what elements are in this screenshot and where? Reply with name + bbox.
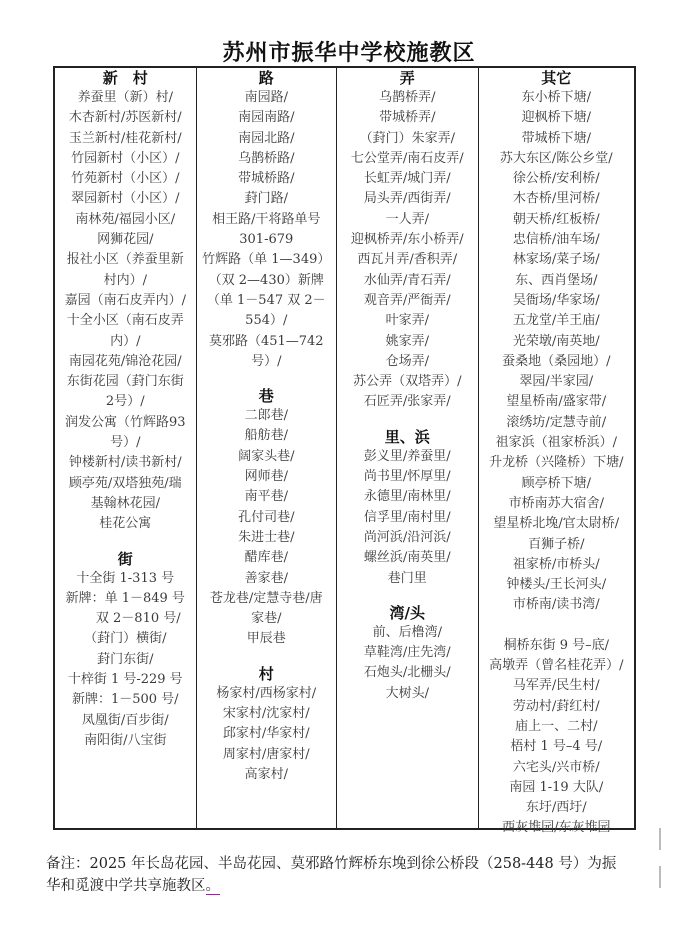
list-item: 竹园新村（小区）/ [55, 149, 196, 169]
list-item: 凤凰街/百步街/ [55, 711, 196, 731]
list-item: 滚绣坊/定慧寺前/ [479, 413, 634, 433]
list-item: 号）/ [55, 433, 196, 453]
list-item: 一人弄/ [337, 210, 478, 230]
list-item: 乌鹊桥路/ [197, 149, 337, 169]
list-item: 望星桥南/盛家带/ [479, 392, 634, 412]
list-item: 养蚕里（新）村/ [55, 88, 196, 108]
list-item: 高家村/ [197, 765, 337, 785]
list-item: 祖家浜（祖家桥浜）/ [479, 433, 634, 453]
list-item: 姚家弄/ [337, 332, 478, 352]
list-item: 网狮花园/ [55, 230, 196, 250]
list-item: 二郎巷/ [197, 406, 337, 426]
list-item: 钟楼新村/读书新村/ [55, 453, 196, 473]
document-title: 苏州市振华中学校施教区 [0, 36, 698, 67]
list-item: 草鞋湾/庄先湾/ [337, 643, 478, 663]
list-item: 西灰堆园/东灰堆园 [479, 818, 634, 838]
list-item: 十全小区（南石皮弄 [55, 311, 196, 331]
xincun-list: 养蚕里（新）村/木杏新村/苏医新村/玉兰新村/桂花新村/竹园新村（小区）/竹苑新… [55, 88, 196, 535]
list-item: 南园北路/ [197, 129, 337, 149]
list-item: 迎枫桥下塘/ [479, 108, 634, 128]
list-item: 南园 1-19 大队/ [479, 778, 634, 798]
list-item: 桐桥东街 9 号–底/ [479, 636, 634, 656]
list-item: 玉兰新村/桂花新村/ [55, 129, 196, 149]
list-item: 乌鹊桥弄/ [337, 88, 478, 108]
list-item: 嘉园（南石皮弄内）/ [55, 291, 196, 311]
list-item: 市桥南/读书湾/ [479, 595, 634, 615]
section-header-cun: 村 [197, 664, 337, 684]
list-item: 永德里/南林里/ [337, 487, 478, 507]
footnote-line-1: 备注：2025 年长岛花园、半岛花园、莫邪路竹辉桥东堍到徐公桥段（258-448… [46, 856, 616, 872]
list-item: 家巷/ [197, 609, 337, 629]
list-item: 竹辉路（单 1—349） [197, 250, 337, 270]
section-header-jie: 街 [55, 549, 196, 569]
qita-list-2: 桐桥东街 9 号–底/高墩弄（曾名桂花弄）/马军弄/民生村/劳动村/葑红村/庙上… [479, 636, 634, 839]
list-item: 桂花公寓 [55, 514, 196, 534]
list-item: 前、后橹湾/ [337, 623, 478, 643]
jie-list: 十全街 1-313 号新牌：单 1－849 号 双 2－810 号/（葑门）横街… [55, 569, 196, 752]
list-item: 高墩弄（曾名桂花弄）/ [479, 656, 634, 676]
list-item: 仓场弄/ [337, 352, 478, 372]
list-item: 网师巷/ [197, 467, 337, 487]
list-item: 南园南路/ [197, 108, 337, 128]
list-item: 钟楼头/王长河头/ [479, 575, 634, 595]
list-item: 善家巷/ [197, 569, 337, 589]
footnote-line-2: 华和觅渡中学共享施教区 [46, 878, 206, 894]
list-item: 甲辰巷 [197, 629, 337, 649]
margin-mark [659, 828, 661, 850]
margin-mark [659, 866, 661, 888]
list-item: 基翰林花园/ [55, 494, 196, 514]
list-item: 林家场/菜子场/ [479, 250, 634, 270]
list-item: 彭义里/养蚕里/ [337, 447, 478, 467]
list-item: 号）/ [197, 352, 337, 372]
list-item: 巷门里 [337, 569, 478, 589]
column-header-nong: 弄 [337, 68, 478, 88]
list-item: 石炮头/北栅头/ [337, 663, 478, 683]
list-item: 苏大东区/陈公乡堂/ [479, 149, 634, 169]
list-item: 信孚里/南村里/ [337, 508, 478, 528]
list-item: 马军弄/民生村/ [479, 676, 634, 696]
column-nong: 弄 乌鹊桥弄/带城桥弄/（葑门）朱家弄/七公堂弄/南石皮弄/长虹弄/城门弄/局头… [337, 68, 479, 828]
list-item: 百狮子桥/ [479, 535, 634, 555]
list-item: 望星桥北堍/官太尉桥/ [479, 514, 634, 534]
list-item: 孔付司巷/ [197, 508, 337, 528]
section-header-libang: 里、浜 [337, 427, 478, 447]
list-item: 邱家村/华家村/ [197, 724, 337, 744]
list-item: 周家村/唐家村/ [197, 745, 337, 765]
lu-list: 南园路/南园南路/南园北路/乌鹊桥路/带城桥路/葑门路/相王路/干将路单号301… [197, 88, 337, 372]
list-item: 水仙弄/青石弄/ [337, 271, 478, 291]
list-item: 双 2－810 号/ [55, 609, 196, 629]
qita-list: 东小桥下塘/迎枫桥下塘/带城桥下塘/苏大东区/陈公乡堂/徐公桥/安利桥/木杏桥/… [479, 88, 634, 616]
list-item: 东街花园（葑门东街 [55, 372, 196, 392]
column-xincun: 新 村 养蚕里（新）村/木杏新村/苏医新村/玉兰新村/桂花新村/竹园新村（小区）… [55, 68, 197, 828]
list-item: 村内）/ [55, 271, 196, 291]
list-item: 南阳街/八宝街 [55, 731, 196, 751]
list-item: （单 1－547 双 2－ [197, 291, 337, 311]
list-item: 新牌：1－500 号/ [55, 690, 196, 710]
list-item: 顾亭桥下塘/ [479, 474, 634, 494]
list-item: 苍龙巷/定慧寺巷/唐 [197, 589, 337, 609]
list-item: 东小桥下塘/ [479, 88, 634, 108]
libang-list: 彭义里/养蚕里/尚书里/怀厚里/永德里/南林里/信孚里/南村里/尚河浜/沿河浜/… [337, 447, 478, 589]
list-item: 吴衙场/华家场/ [479, 291, 634, 311]
list-item: 报社小区（养蚕里新 [55, 250, 196, 270]
list-item: 尚河浜/沿河浜/ [337, 528, 478, 548]
list-item: 五龙堂/羊王庙/ [479, 311, 634, 331]
list-item: 翠园新村（小区）/ [55, 189, 196, 209]
list-item: 朱进士巷/ [197, 528, 337, 548]
list-item: 杨家村/西杨家村/ [197, 684, 337, 704]
list-item: （葑门）横街/ [55, 629, 196, 649]
list-item: 市桥南苏大宿舍/ [479, 494, 634, 514]
list-item: 叶家弄/ [337, 311, 478, 331]
footnote: 备注：2025 年长岛花园、半岛花园、莫邪路竹辉桥东堍到徐公桥段（258-448… [46, 853, 656, 897]
list-item: 阔家头巷/ [197, 447, 337, 467]
list-item: 大树头/ [337, 684, 478, 704]
list-item: 木杏新村/苏医新村/ [55, 108, 196, 128]
list-item: 相王路/干将路单号 [197, 210, 337, 230]
list-item: （葑门）朱家弄/ [337, 129, 478, 149]
catchment-table: 新 村 养蚕里（新）村/木杏新村/苏医新村/玉兰新村/桂花新村/竹园新村（小区）… [53, 66, 636, 830]
list-item: 宋家村/沈家村/ [197, 704, 337, 724]
wantou-list: 前、后橹湾/草鞋湾/庄先湾/石炮头/北栅头/大树头/ [337, 623, 478, 704]
list-item: 七公堂弄/南石皮弄/ [337, 149, 478, 169]
list-item: 忠信桥/油车场/ [479, 230, 634, 250]
list-item: 祖家桥/市桥头/ [479, 555, 634, 575]
list-item: 554）/ [197, 311, 337, 331]
list-item: 东、西肖堡场/ [479, 271, 634, 291]
list-item: 南园路/ [197, 88, 337, 108]
list-item: 南平巷/ [197, 487, 337, 507]
list-item: 庙上一、二村/ [479, 717, 634, 737]
list-item: 顾亭苑/双塔独苑/瑞 [55, 474, 196, 494]
list-item: 2号）/ [55, 392, 196, 412]
column-header-lu: 路 [197, 68, 337, 88]
cun-list: 杨家村/西杨家村/宋家村/沈家村/邱家村/华家村/周家村/唐家村/高家村/ [197, 684, 337, 785]
list-item: 润发公寓（竹辉路93 [55, 413, 196, 433]
column-lu: 路 南园路/南园南路/南园北路/乌鹊桥路/带城桥路/葑门路/相王路/干将路单号3… [197, 68, 338, 828]
list-item: 带城桥路/ [197, 169, 337, 189]
list-item: 东圩/西圩/ [479, 798, 634, 818]
list-item: 石匠弄/张家弄/ [337, 392, 478, 412]
list-item: 局头弄/西街弄/ [337, 189, 478, 209]
list-item: 内）/ [55, 332, 196, 352]
list-item: 船舫巷/ [197, 426, 337, 446]
list-item: 新牌：单 1－849 号 [55, 589, 196, 609]
list-item: 梧村 1 号–4 号/ [479, 737, 634, 757]
section-header-wantou: 湾/头 [337, 603, 478, 623]
column-header-qita: 其它 [479, 68, 634, 88]
list-item: 南林苑/福园小区/ [55, 210, 196, 230]
list-item: 朝天桥/红板桥/ [479, 210, 634, 230]
list-item: 南园花苑/锦沧花园/ [55, 352, 196, 372]
xiang-list: 二郎巷/船舫巷/阔家头巷/网师巷/南平巷/孔付司巷/朱进士巷/醋库巷/善家巷/苍… [197, 406, 337, 650]
column-qita: 其它 东小桥下塘/迎枫桥下塘/带城桥下塘/苏大东区/陈公乡堂/徐公桥/安利桥/木… [479, 68, 634, 828]
list-item: 西瓦爿弄/香积弄/ [337, 250, 478, 270]
list-item: 迎枫桥弄/东小桥弄/ [337, 230, 478, 250]
list-item: 升龙桥（兴隆桥）下塘/ [479, 453, 634, 473]
list-item: 带城桥弄/ [337, 108, 478, 128]
list-item: 观音弄/严衙弄/ [337, 291, 478, 311]
section-header-xiang: 巷 [197, 386, 337, 406]
list-item: 葑门东街/ [55, 650, 196, 670]
list-item: 劳动村/葑红村/ [479, 697, 634, 717]
list-item: 醋库巷/ [197, 548, 337, 568]
list-item: 翠园/半家园/ [479, 372, 634, 392]
column-header-xincun: 新 村 [55, 68, 196, 88]
list-item: 尚书里/怀厚里/ [337, 467, 478, 487]
list-item: 螺丝浜/南英里/ [337, 548, 478, 568]
spacer [479, 616, 634, 636]
list-item: 十全街 1-313 号 [55, 569, 196, 589]
footnote-end: 。 [206, 878, 221, 895]
list-item: 带城桥下塘/ [479, 129, 634, 149]
list-item: 苏公弄（双塔弄）/ [337, 372, 478, 392]
list-item: 徐公桥/安利桥/ [479, 169, 634, 189]
list-item: 蚕桑地（桑园地）/ [479, 352, 634, 372]
list-item: 301-679 [197, 230, 337, 250]
list-item: 十梓街 1 号-229 号 [55, 670, 196, 690]
list-item: （双 2—430）新牌 [197, 271, 337, 291]
list-item: 长虹弄/城门弄/ [337, 169, 478, 189]
list-item: 竹苑新村（小区）/ [55, 169, 196, 189]
list-item: 光荣墩/南英地/ [479, 332, 634, 352]
nong-list: 乌鹊桥弄/带城桥弄/（葑门）朱家弄/七公堂弄/南石皮弄/长虹弄/城门弄/局头弄/… [337, 88, 478, 413]
list-item: 葑门路/ [197, 189, 337, 209]
list-item: 六宅头/兴市桥/ [479, 758, 634, 778]
list-item: 木杏桥/里河桥/ [479, 189, 634, 209]
list-item: 莫邪路（451—742 [197, 332, 337, 352]
